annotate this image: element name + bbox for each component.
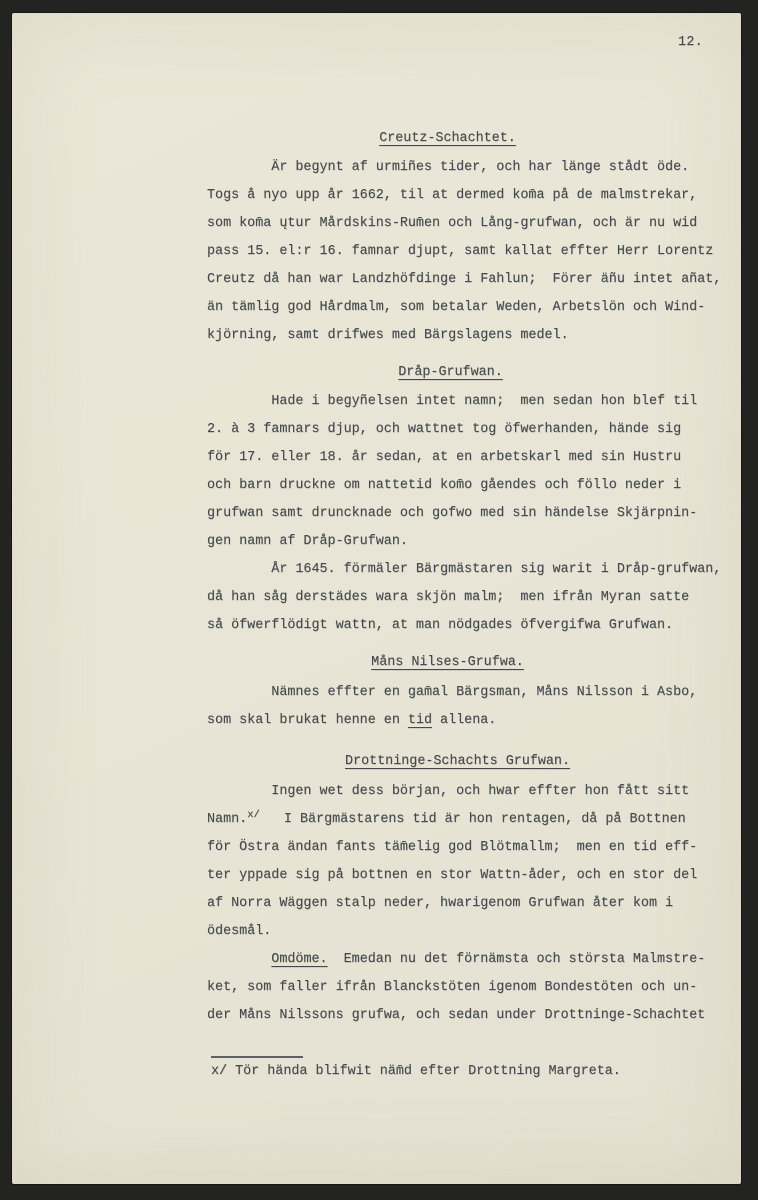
text-line: der Måns Nilssons grufwa, och sedan unde…	[207, 1002, 742, 1030]
page-number: 12.	[678, 33, 703, 53]
section-heading: Dråp-Grufwan.	[198, 363, 703, 383]
footnote-marker: x/	[247, 809, 260, 821]
section-heading: Måns Nilses-Grufwa.	[195, 653, 700, 673]
text-line: Namn.x/ I Bärgmästarens tid är hon renta…	[207, 806, 742, 834]
text-line: än tämlig god Hårdmalm, som betalar Wede…	[207, 294, 742, 322]
section-paragraph: Är begynt af urmiñes tider, och har läng…	[207, 154, 742, 350]
text-segment: då han såg derstädes wara skjön malm; me…	[207, 590, 689, 605]
text-segment: så öfwerflödigt wattn, at man nödgades ö…	[207, 618, 673, 633]
text-segment: År 1645. förmäler Bärgmästaren sig warit…	[207, 562, 721, 577]
underlined-text: Omdöme.	[271, 952, 327, 967]
text-line: af Norra Wäggen stalp neder, hwarigenom …	[207, 890, 742, 918]
text-segment: än tämlig god Hårdmalm, som betalar Wede…	[207, 300, 705, 315]
text-line: ter yppade sig på bottnen en stor Wattn-…	[207, 862, 742, 890]
text-segment: Nämnes effter en gam̄al Bärgsman, Måns N…	[207, 685, 697, 700]
text-line: gen namn af Dråp-Grufwan.	[207, 528, 742, 556]
text-segment: Namn.	[207, 812, 247, 827]
text-segment: gen namn af Dråp-Grufwan.	[207, 534, 408, 549]
text-line: för 17. eller 18. år sedan, at en arbets…	[207, 444, 742, 472]
text-line: 2. à 3 famnars djup, och wattnet tog öfw…	[207, 416, 742, 444]
text-line: Creutz då han war Landzhöfdinge i Fahlun…	[207, 266, 742, 294]
text-segment: som kom̄a ųtur Mårdskins-Rum̄en och Lång…	[207, 216, 697, 231]
text-line: då han såg derstädes wara skjön malm; me…	[207, 584, 742, 612]
text-line: ket, som faller ifrån Blanckstöten igeno…	[207, 974, 742, 1002]
text-line: Togs å nyo upp år 1662, til at dermed ko…	[207, 182, 742, 210]
text-line: så öfwerflödigt wattn, at man nödgades ö…	[207, 612, 742, 640]
text-segment: Hade i begyñelsen intet namn; men sedan …	[207, 394, 697, 409]
footnote: x/ Tör hända blifwit näm̄d efter Drottni…	[211, 1058, 621, 1086]
text-segment: allena.	[432, 713, 496, 728]
text-line: som skal brukat henne en tid allena.	[207, 707, 742, 735]
text-segment: Creutz då han war Landzhöfdinge i Fahlun…	[207, 272, 721, 287]
text-segment: Är begynt af urmiñes tider, och har läng…	[207, 160, 689, 175]
text-line: kjörning, samt drifwes med Bärgslagens m…	[207, 322, 742, 350]
section-heading-text: Creutz-Schachtet.	[379, 131, 516, 146]
text-segment: pass 15. el:r 16. famnar djupt, samt kal…	[207, 244, 713, 259]
section-heading: Drottninge-Schachts Grufwan.	[205, 752, 710, 772]
text-line: Hade i begyñelsen intet namn; men sedan …	[207, 388, 742, 416]
text-segment	[207, 952, 271, 967]
section-paragraph: Nämnes effter en gam̄al Bärgsman, Måns N…	[207, 679, 742, 735]
text-line: ödesmål.	[207, 918, 742, 946]
text-segment: och barn druckne om nattetid kom̄o gåend…	[207, 478, 681, 493]
section-paragraph: Ingen wet dess början, och hwar effter h…	[207, 778, 742, 1030]
section-heading-text: Drottninge-Schachts Grufwan.	[345, 754, 570, 769]
text-line: som kom̄a ųtur Mårdskins-Rum̄en och Lång…	[207, 210, 742, 238]
section-heading-text: Dråp-Grufwan.	[398, 365, 502, 380]
text-line: grufwan samt druncknade och gofwo med si…	[207, 500, 742, 528]
text-segment: Emedan nu det förnämsta och största Malm…	[328, 952, 706, 967]
text-segment: för Östra ändan fants täm̄elig god Blötm…	[207, 840, 697, 855]
text-segment: I Bärgmästarens tid är hon rentagen, då …	[260, 812, 686, 827]
text-segment: af Norra Wäggen stalp neder, hwarigenom …	[207, 896, 673, 911]
section-heading-text: Måns Nilses-Grufwa.	[371, 655, 524, 670]
text-line: År 1645. förmäler Bärgmästaren sig warit…	[207, 556, 742, 584]
text-segment: kjörning, samt drifwes med Bärgslagens m…	[207, 328, 569, 343]
section-paragraph: Hade i begyñelsen intet namn; men sedan …	[207, 388, 742, 640]
text-segment: 2. à 3 famnars djup, och wattnet tog öfw…	[207, 422, 681, 437]
text-segment: ödesmål.	[207, 924, 271, 939]
scanned-page-stage: 12. Creutz-Schachtet. Är begynt af urmiñ…	[0, 0, 758, 1200]
text-line: Är begynt af urmiñes tider, och har läng…	[207, 154, 742, 182]
text-line: och barn druckne om nattetid kom̄o gåend…	[207, 472, 742, 500]
text-line: för Östra ändan fants täm̄elig god Blötm…	[207, 834, 742, 862]
text-segment: som skal brukat henne en	[207, 713, 408, 728]
text-line: Nämnes effter en gam̄al Bärgsman, Måns N…	[207, 679, 742, 707]
text-line: Omdöme. Emedan nu det förnämsta och stör…	[207, 946, 742, 974]
text-segment: ter yppade sig på bottnen en stor Wattn-…	[207, 868, 697, 883]
underlined-text: tid	[408, 713, 432, 728]
document-paper: 12. Creutz-Schachtet. Är begynt af urmiñ…	[12, 13, 741, 1184]
text-segment: Ingen wet dess början, och hwar effter h…	[207, 784, 689, 799]
text-segment: ket, som faller ifrån Blanckstöten igeno…	[207, 980, 697, 995]
text-segment: der Måns Nilssons grufwa, och sedan unde…	[207, 1008, 705, 1023]
text-segment: för 17. eller 18. år sedan, at en arbets…	[207, 450, 681, 465]
section-heading: Creutz-Schachtet.	[195, 129, 700, 149]
text-segment: Togs å nyo upp år 1662, til at dermed ko…	[207, 188, 697, 203]
text-line: Ingen wet dess början, och hwar effter h…	[207, 778, 742, 806]
text-segment: grufwan samt druncknade och gofwo med si…	[207, 506, 697, 521]
text-line: pass 15. el:r 16. famnar djupt, samt kal…	[207, 238, 742, 266]
